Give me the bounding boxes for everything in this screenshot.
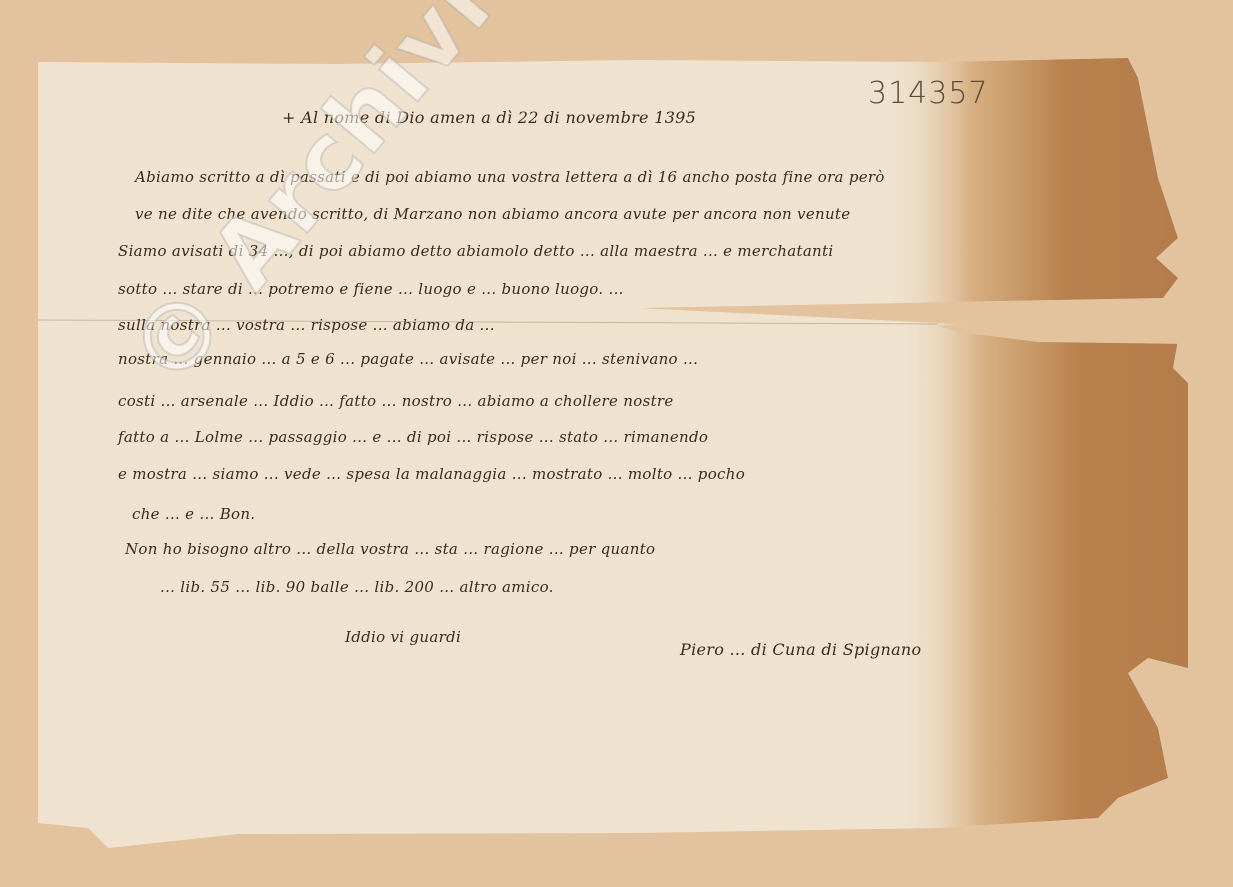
body-line-2: ve ne dite che avendo scritto, di Marzan…: [135, 205, 850, 223]
body-line-6: nostra ... gennaio ... a 5 e 6 ... pagat…: [118, 350, 698, 368]
closing-formula: Iddio vi guardi: [345, 628, 461, 646]
body-line-7: costi ... arsenale ... Iddio ... fatto .…: [118, 392, 674, 410]
letter-heading: + Al nome di Dio amen a dì 22 di novembr…: [282, 108, 696, 127]
body-line-3: Siamo avisati di 34 ..., di poi abiamo d…: [118, 242, 833, 260]
body-line-5: sulla nostra ... vostra ... rispose ... …: [118, 316, 495, 334]
body-line-12: ... lib. 55 ... lib. 90 balle ... lib. 2…: [160, 578, 554, 596]
body-line-9: e mostra ... siamo ... vede ... spesa la…: [118, 465, 745, 483]
body-line-11: Non ho bisogno altro ... della vostra ..…: [125, 540, 655, 558]
body-line-10: che ... e ... Bon.: [132, 505, 255, 523]
body-line-8: fatto a ... Lolme ... passaggio ... e ..…: [118, 428, 708, 446]
signature: Piero ... di Cuna di Spignano: [680, 640, 921, 659]
body-line-1: Abiamo scritto a dì passati e di poi abi…: [135, 168, 885, 186]
body-line-4: sotto ... stare di ... potremo e fiene .…: [118, 280, 624, 298]
archive-number: 314357: [868, 76, 989, 111]
